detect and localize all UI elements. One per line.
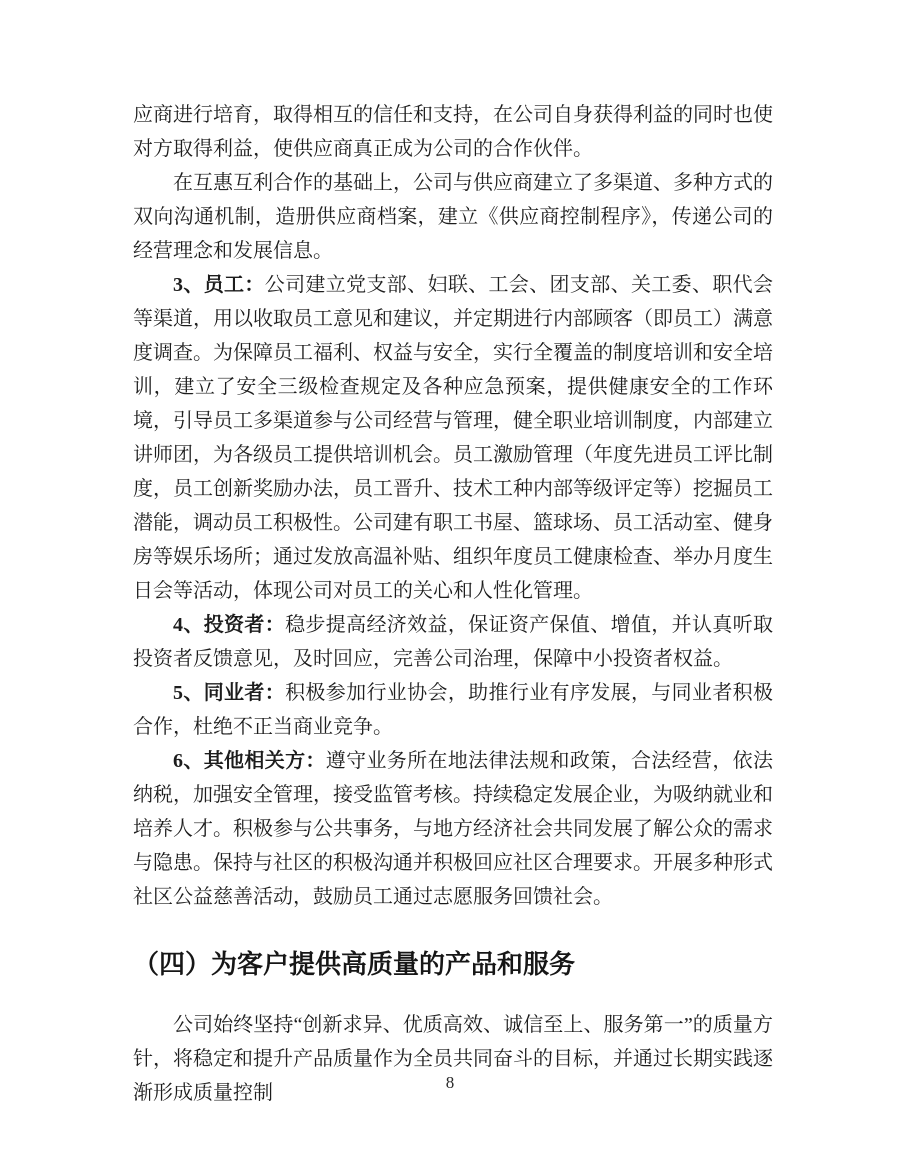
paragraph-other-stakeholders: 6、其他相关方：遵守业务所在地法律法规和政策，合法经营，依法纳税，加强安全管理，…	[133, 744, 773, 914]
paragraph-investors-lead: 4、投资者：	[173, 614, 285, 636]
paragraph-supplier-continued: 应商进行培育，取得相互的信任和支持，在公司自身获得利益的同时也使对方取得利益，使…	[133, 98, 773, 166]
paragraph-employees-lead: 3、员工：	[173, 274, 265, 296]
paragraph-quality-policy: 公司始终坚持“创新求异、优质高效、诚信至上、服务第一”的质量方针，将稳定和提升产…	[133, 1008, 773, 1110]
document-body: 应商进行培育，取得相互的信任和支持，在公司自身获得利益的同时也使对方取得利益，使…	[133, 98, 773, 1110]
paragraph-industry-peers-lead: 5、同业者：	[173, 682, 285, 704]
paragraph-investors: 4、投资者：稳步提高经济效益，保证资产保值、增值，并认真听取投资者反馈意见，及时…	[133, 608, 773, 676]
paragraph-employees: 3、员工：公司建立党支部、妇联、工会、团支部、关工委、职代会等渠道，用以收取员工…	[133, 268, 773, 608]
paragraph-supplier-communication: 在互惠互利合作的基础上，公司与供应商建立了多渠道、多种方式的双向沟通机制，造册供…	[133, 166, 773, 268]
section-heading: （四）为客户提供高质量的产品和服务	[133, 944, 773, 984]
paragraph-other-stakeholders-text: 遵守业务所在地法律法规和政策，合法经营，依法纳税，加强安全管理，接受监管考核。持…	[133, 750, 773, 908]
paragraph-industry-peers: 5、同业者：积极参加行业协会，助推行业有序发展，与同业者积极合作，杜绝不正当商业…	[133, 676, 773, 744]
paragraph-employees-text: 公司建立党支部、妇联、工会、团支部、关工委、职代会等渠道，用以收取员工意见和建议…	[133, 274, 773, 602]
paragraph-other-stakeholders-lead: 6、其他相关方：	[173, 750, 326, 772]
page-number: 8	[0, 1072, 900, 1094]
document-page: 应商进行培育，取得相互的信任和支持，在公司自身获得利益的同时也使对方取得利益，使…	[0, 0, 900, 1165]
